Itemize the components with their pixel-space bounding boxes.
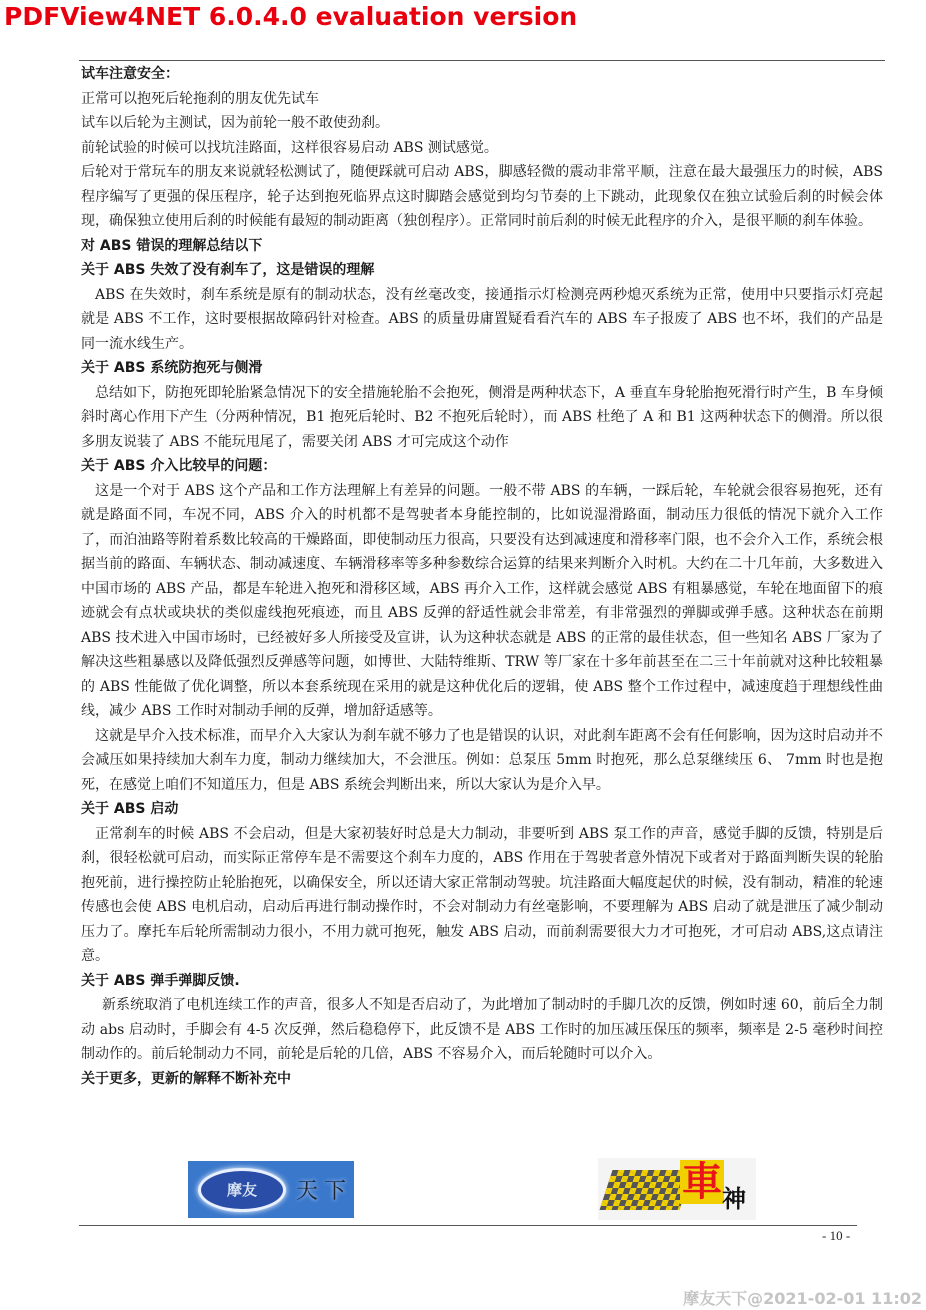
paragraph: 前轮试验的时候可以找坑洼路面，这样很容易启动 ABS 测试感觉。 bbox=[81, 136, 883, 161]
header-rule bbox=[79, 60, 885, 61]
checkered-flag-icon bbox=[600, 1170, 693, 1210]
logo-big-char: 車 bbox=[680, 1160, 724, 1204]
page-number: - 10 - bbox=[822, 1228, 850, 1244]
paragraph: 正常刹车的时候 ABS 不会启动，但是大家初装好时总是大力制动，非要听到 ABS… bbox=[81, 822, 883, 969]
footer-rule bbox=[79, 1225, 857, 1226]
logo-small-char: 神 bbox=[722, 1184, 746, 1214]
paragraph: 这是一个对于 ABS 这个产品和工作方法理解上有差异的问题。一般不带 ABS 的… bbox=[81, 479, 883, 724]
evaluation-banner: PDFView4NET 6.0.4.0 evaluation version bbox=[4, 0, 577, 34]
watermark-timestamp: 摩友天下@2021-02-01 11:02 bbox=[683, 1286, 922, 1309]
logo-brush-text: 天下 bbox=[296, 1174, 352, 1205]
document-body: 试车注意安全： 正常可以抱死后轮拖刹的朋友优先试车 试车以后轮为主测试，因为前轮… bbox=[81, 62, 883, 1091]
logo-oval-badge: 摩友 bbox=[198, 1168, 286, 1212]
paragraph: 总结如下，防抱死即轮胎紧急情况下的安全措施轮胎不会抱死，侧滑是两种状态下，A 垂… bbox=[81, 381, 883, 455]
paragraph: 后轮对于常玩车的朋友来说就轻松测试了，随便踩就可启动 ABS，脚感轻微的震动非常… bbox=[81, 160, 883, 234]
section-heading: 关于 ABS 启动 bbox=[81, 797, 883, 822]
section-heading: 关于 ABS 系统防抱死与侧滑 bbox=[81, 356, 883, 381]
paragraph: 这就是早介入技术标准，而早介入大家认为刹车就不够力了也是错误的认识，对此刹车距离… bbox=[81, 724, 883, 798]
paragraph: 新系统取消了电机连续工作的声音，很多人不知是否启动了，为此增加了制动时的手脚几次… bbox=[81, 993, 883, 1067]
moyou-tianxia-logo: 摩友 天下 bbox=[188, 1161, 354, 1218]
paragraph: 试车以后轮为主测试，因为前轮一般不敢使劲刹。 bbox=[81, 111, 883, 136]
section-heading: 试车注意安全： bbox=[81, 62, 883, 87]
section-heading: 关于更多，更新的解释不断补充中 bbox=[81, 1067, 883, 1092]
cheshen-logo: 車 神 bbox=[598, 1158, 756, 1220]
paragraph: 正常可以抱死后轮拖刹的朋友优先试车 bbox=[81, 87, 883, 112]
section-heading: 对 ABS 错误的理解总结以下 bbox=[81, 234, 883, 259]
paragraph: ABS 在失效时，刹车系统是原有的制动状态，没有丝毫改变，接通指示灯检测亮两秒熄… bbox=[81, 283, 883, 357]
section-heading: 关于 ABS 失效了没有刹车了，这是错误的理解 bbox=[81, 258, 883, 283]
section-heading: 关于 ABS 弹手弹脚反馈. bbox=[81, 969, 883, 994]
section-heading: 关于 ABS 介入比较早的问题： bbox=[81, 454, 883, 479]
